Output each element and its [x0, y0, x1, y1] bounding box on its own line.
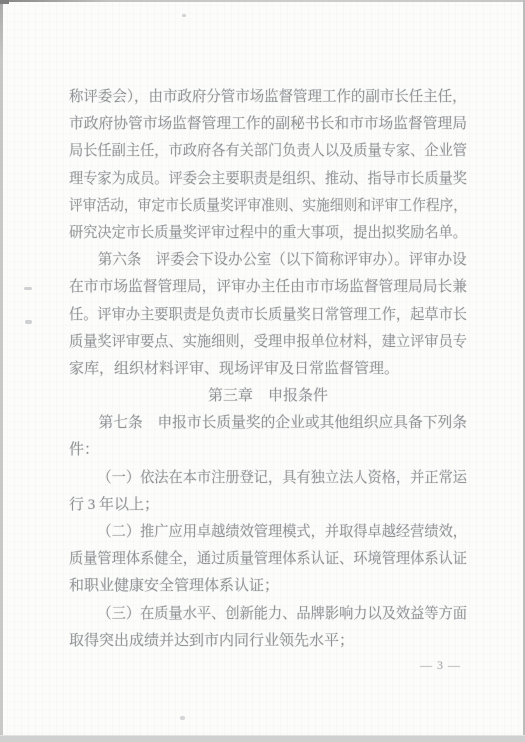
document-line: 研究决定市长质量奖评审过程中的重大事项，提出拟奖励名单。 — [69, 220, 446, 247]
scan-corner-mark — [0, 0, 9, 4]
scanned-page: 称评委会），由市政府分管市场监督管理工作的副市长任主任， 市政府协管市场监督管理… — [0, 0, 525, 742]
document-line: 取得突出成绩并达到市内同行业领先水平； — [69, 628, 467, 655]
document-line: 理专家为成员。评委会主要职责是组织、推动、指导市长质量奖 — [69, 166, 446, 193]
document-line: 称评委会），由市政府分管市场监督管理工作的副市长任主任， — [69, 84, 453, 111]
document-line: 和职业健康安全管理体系认证； — [69, 573, 467, 600]
document-line: 质量管理体系健全，通过质量管理体系认证、环境管理体系认证 — [69, 546, 446, 573]
condition-2: （二）推广应用卓越绩效管理模式，并取得卓越经营绩效， — [69, 519, 446, 546]
scan-smudge — [25, 320, 32, 324]
article-7-start: 第七条 申报市长质量奖的企业或其他组织应具备下列条 — [69, 410, 460, 437]
document-line: 质量奖评审要点、实施细则，受理申报单位材料，建立评审员专 — [69, 329, 446, 356]
document-line: 件： — [69, 437, 467, 464]
document-line: 家库，组织材料评审、现场评审及日常监督管理。 — [69, 356, 467, 383]
scan-speck — [182, 14, 186, 17]
document-line: 局长任副主任，市政府各有关部门负责人以及质量专家、企业管 — [69, 138, 446, 165]
scan-edge-left — [0, 0, 3, 742]
document-line: 评审活动，审定市长质量奖评审准则、实施细则和评审工作程序， — [69, 193, 433, 220]
scan-smudge — [24, 287, 32, 290]
document-line: 任。评审办主要职责是负责市长质量奖日常管理工作，起草市长 — [69, 302, 446, 329]
scan-edge-top — [0, 0, 525, 2]
chapter-heading: 第三章 申报条件 — [69, 383, 467, 410]
condition-1: （一）依法在本市注册登记，具有独立法人资格，并正常运 — [69, 465, 446, 492]
page-number: — 3 — — [420, 657, 470, 673]
condition-3: （三）在质量水平、创新能力、品牌影响力以及效益等方面 — [69, 601, 446, 628]
document-line: 行 3 年以上； — [69, 492, 467, 519]
article-6-start: 第六条 评委会下设办公室（以下简称评审办）。评审办设 — [69, 247, 453, 274]
document-body: 称评委会），由市政府分管市场监督管理工作的副市长任主任， 市政府协管市场监督管理… — [69, 84, 467, 655]
scan-edge-bottom — [0, 735, 525, 742]
scan-speck — [180, 716, 185, 720]
document-line: 市政府协管市场监督管理工作的副秘书长和市市场监督管理局 — [69, 111, 460, 138]
document-line: 在市市场监督管理局，评审办主任由市市场监督管理局局长兼 — [69, 274, 460, 301]
